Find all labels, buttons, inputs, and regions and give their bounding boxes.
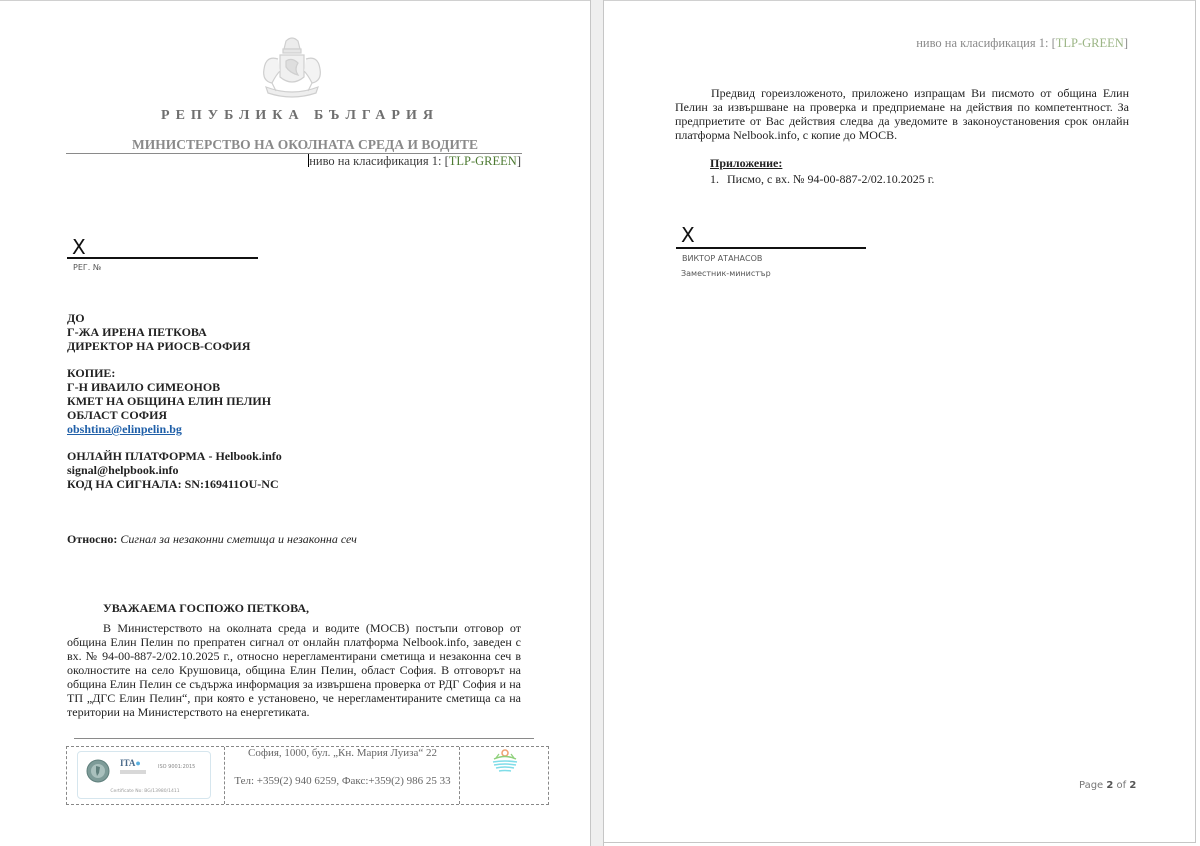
attachments-block: Приложение: 1. Писмо, с вх. № 94-00-887-…: [710, 156, 934, 187]
iso-label: ISO 9001:2015: [158, 764, 195, 770]
footer-table: ITA● ISO 9001:2015 Certificate No: BG/13…: [66, 746, 549, 805]
ita-subtitle: [120, 770, 146, 774]
copies-label: КОПИЕ:: [67, 366, 271, 380]
certificate-number: Certificate No: BG/13980/1411: [78, 789, 212, 794]
subject-line: Относно: Сигнал за незаконни сметища и н…: [67, 532, 357, 547]
copy-name: Г-Н ИВАИЛО СИМЕОНОВ: [67, 380, 271, 394]
footer-address: София, 1000, бул. „Кн. Мария Луиза“ 22: [225, 747, 460, 759]
footer-logo-cell: [459, 747, 548, 804]
tlp-level: TLP-GREEN: [449, 154, 517, 168]
recipient-position: ДИРЕКТОР НА РИОСВ-СОФИЯ: [67, 339, 250, 353]
footer-address-cell: София, 1000, бул. „Кн. Мария Луиза“ 22 Т…: [224, 747, 459, 804]
signer-name: ВИКТОР АТАНАСОВ: [682, 254, 762, 263]
footer-cert-cell: ITA● ISO 9001:2015 Certificate No: BG/13…: [67, 747, 224, 804]
copies-block: КОПИЕ: Г-Н ИВАИЛО СИМЕОНОВ КМЕТ НА ОБЩИН…: [67, 366, 271, 436]
reg-number-label: РЕГ. №: [73, 263, 101, 272]
country-heading: РЕПУБЛИКА БЪЛГАРИЯ: [0, 108, 590, 124]
tlp-level: TLP-GREEN: [1056, 36, 1124, 50]
to-label: ДО: [67, 311, 250, 325]
signal-code: КОД НА СИГНАЛА: SN:169411OU-NC: [67, 477, 282, 491]
reg-signature-line: [67, 257, 258, 259]
footer-divider: [74, 738, 534, 739]
coat-of-arms-icon: [256, 35, 328, 103]
ministry-heading: МИНИСТЕРСТВО НА ОКОЛНАТА СРЕДА И ВОДИТЕ: [0, 137, 590, 153]
minister-signature-mark[interactable]: X: [681, 225, 695, 245]
copy-region: ОБЛАСТ СОФИЯ: [67, 408, 271, 422]
platform-name: ОНЛАЙН ПЛАТФОРМА - Helbook.info: [67, 449, 282, 463]
platform-email: signal@helpbook.info: [67, 463, 282, 477]
certification-seal-icon: [86, 758, 110, 784]
footer-phone: Тел: +359(2) 940 6259, Факс:+359(2) 986 …: [225, 775, 460, 787]
copy-email-link[interactable]: obshtina@elinpelin.bg: [67, 422, 182, 436]
certification-box: ITA● ISO 9001:2015 Certificate No: BG/13…: [77, 751, 211, 799]
sun-water-logo-icon: [490, 748, 520, 776]
page-1: РЕПУБЛИКА БЪЛГАРИЯ МИНИСТЕРСТВО НА ОКОЛН…: [0, 0, 590, 846]
signer-title: Заместник-министър: [681, 269, 771, 278]
attachment-label: Приложение:: [710, 156, 934, 171]
subject-text: Сигнал за незаконни сметища и незаконна …: [120, 532, 357, 546]
recipient-name: Г-ЖА ИРЕНА ПЕТКОВА: [67, 325, 250, 339]
body-paragraph-1: В Министерството на околната среда и вод…: [67, 621, 521, 719]
page-gap: [590, 0, 604, 846]
classification-label-page2: ниво на класификация 1: [TLP-GREEN]: [916, 36, 1128, 51]
copy-position: КМЕТ НА ОБЩИНА ЕЛИН ПЕЛИН: [67, 394, 271, 408]
subject-label: Относно:: [67, 532, 117, 546]
attachment-item: 1. Писмо, с вх. № 94-00-887-2/02.10.2025…: [710, 172, 934, 187]
page-2: ниво на класификация 1: [TLP-GREEN] Пред…: [604, 0, 1196, 843]
minister-signature-line: [676, 247, 866, 249]
recipient-block: ДО Г-ЖА ИРЕНА ПЕТКОВА ДИРЕКТОР НА РИОСВ-…: [67, 311, 250, 353]
page-number: Page 2 of 2: [1079, 780, 1136, 791]
ita-logo: ITA●: [120, 758, 141, 768]
reg-signature-mark[interactable]: X: [72, 237, 86, 257]
classification-label[interactable]: ниво на класификация 1: [TLP-GREEN]: [308, 154, 521, 169]
platform-block: ОНЛАЙН ПЛАТФОРМА - Helbook.info signal@h…: [67, 449, 282, 491]
body-paragraph-2: Предвид гореизложеното, приложено изпращ…: [675, 86, 1129, 142]
salutation: УВАЖАЕМА ГОСПОЖО ПЕТКОВА,: [103, 601, 309, 615]
